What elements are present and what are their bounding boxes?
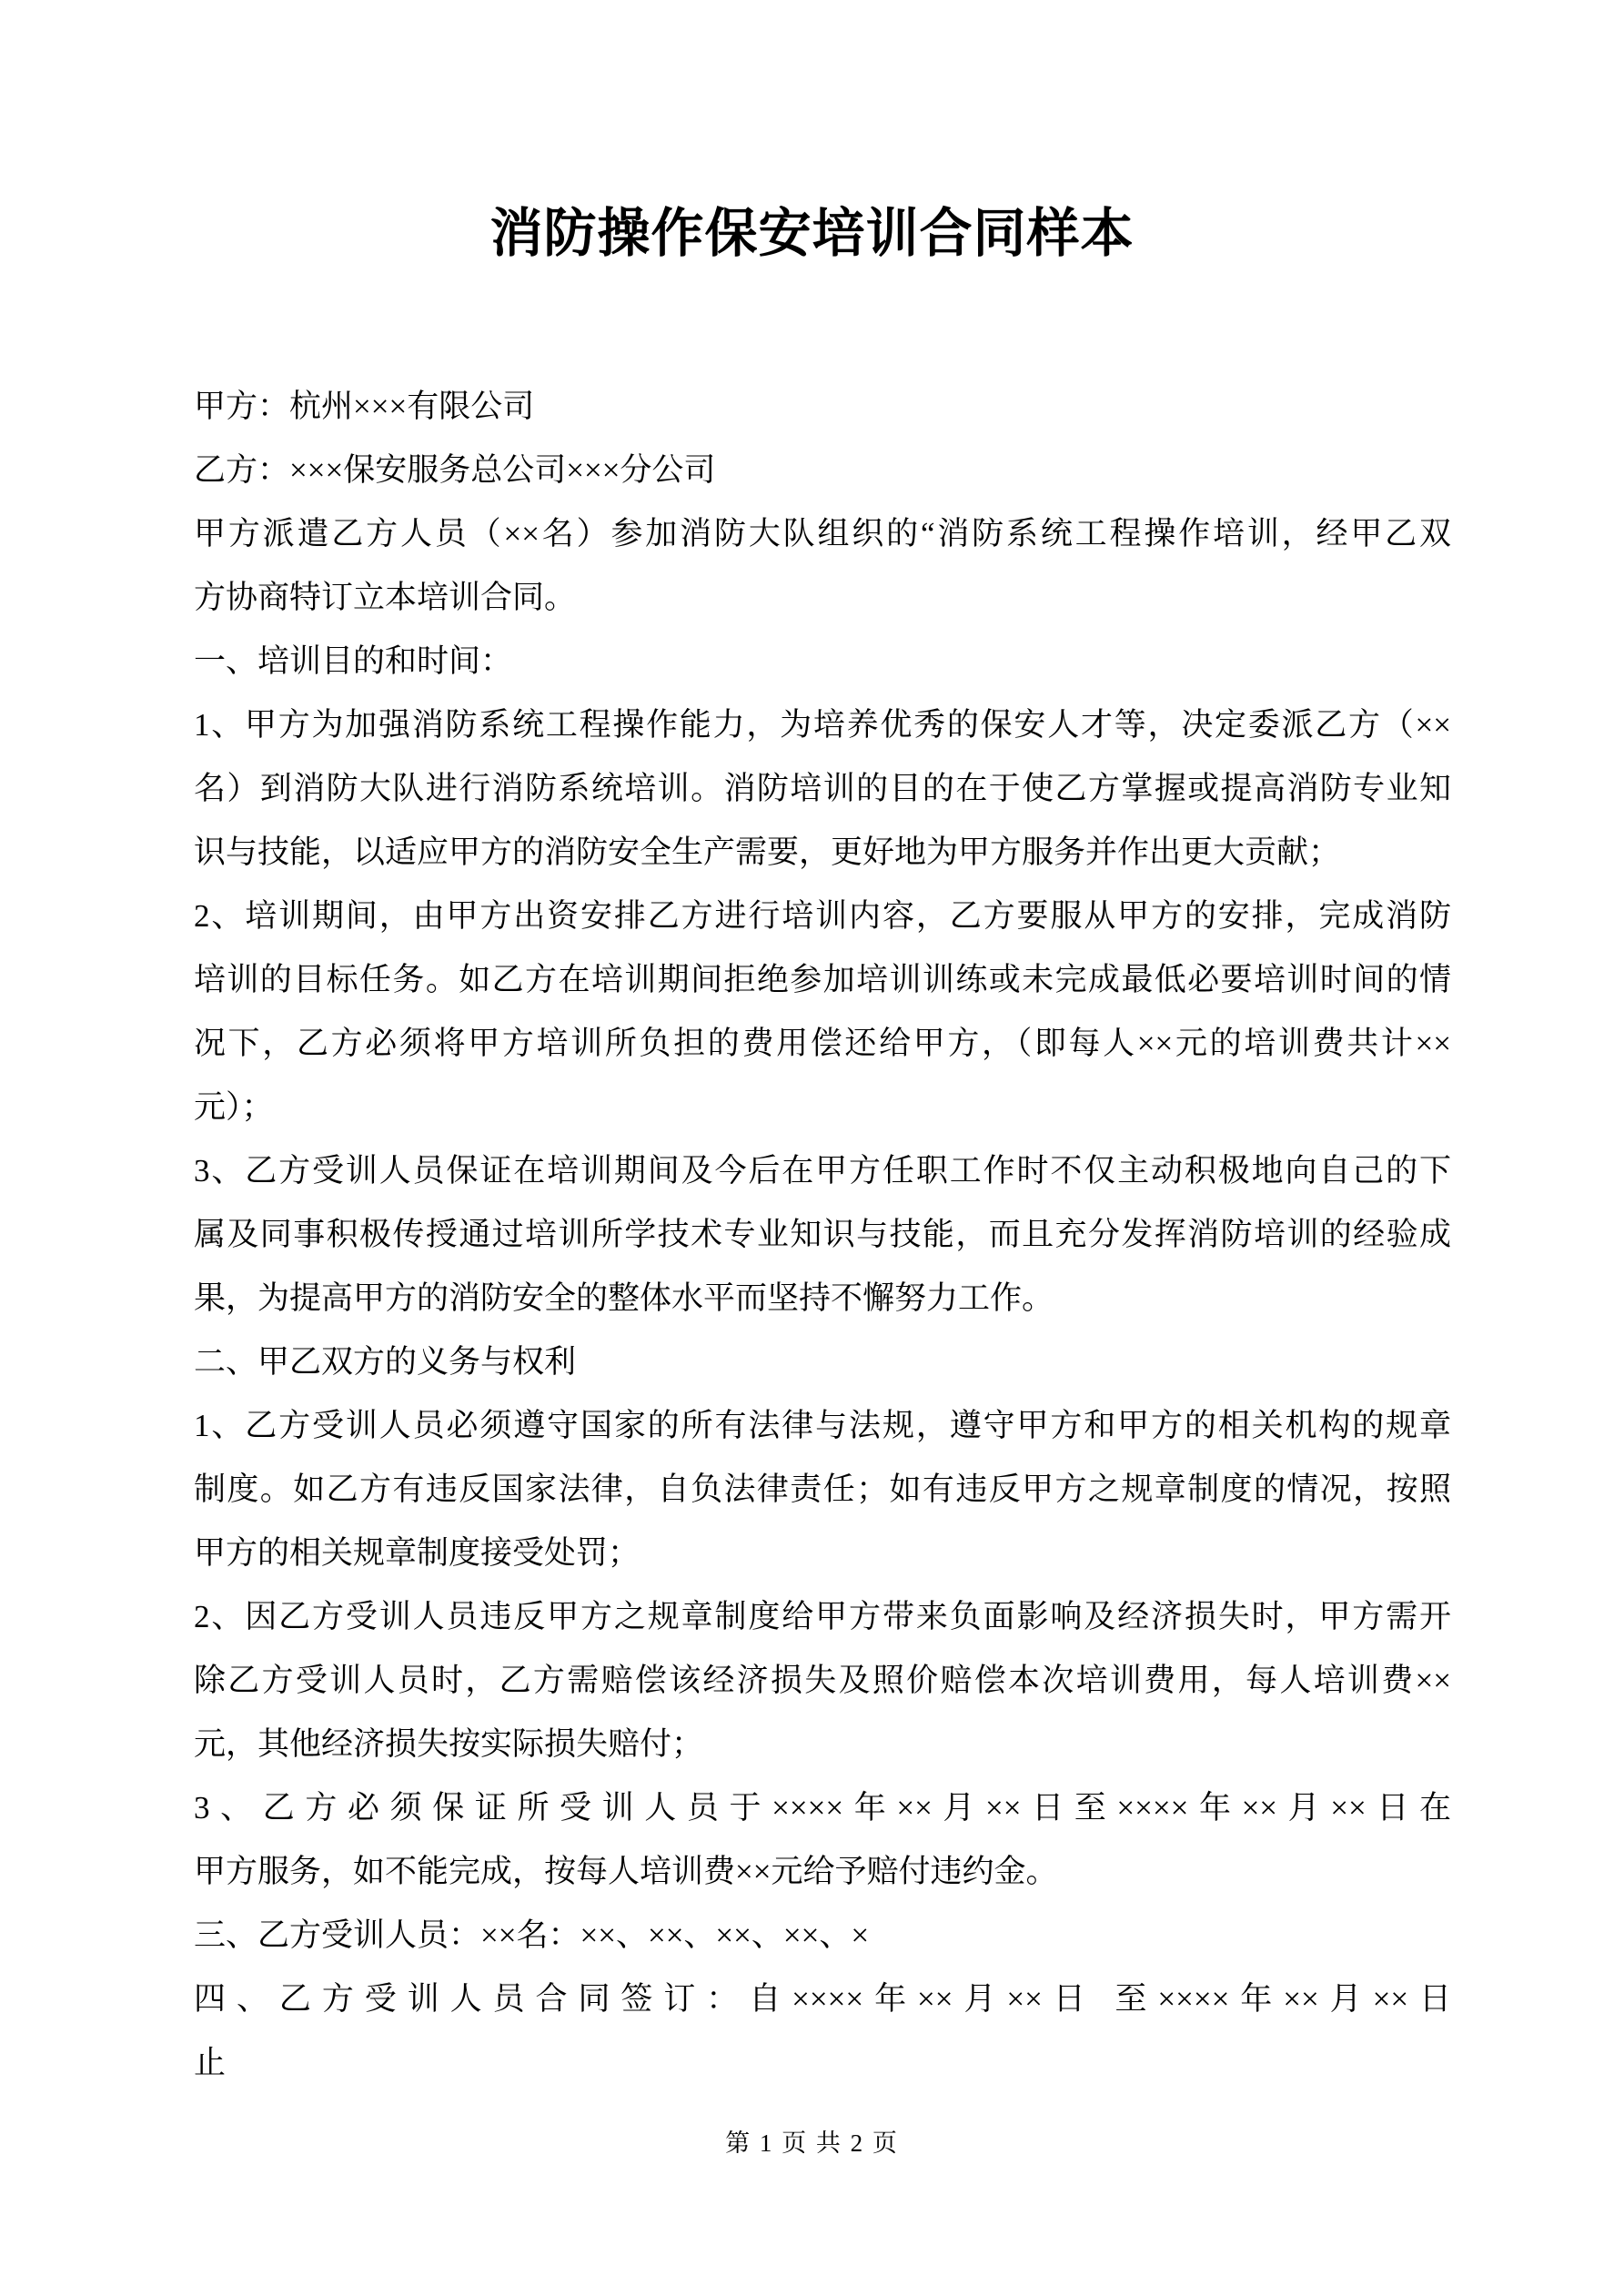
document-line: 元，其他经济损失按实际损失赔付； — [194, 1713, 1451, 1776]
document-line: 识与技能，以适应甲方的消防安全生产需要，更好地为甲方服务并作出更大贡献； — [194, 821, 1451, 885]
document-line: 三、乙方受训人员：××名：××、××、××、××、× — [194, 1904, 1451, 1967]
document-title: 消防操作保安培训合同样本 — [0, 198, 1624, 269]
document-line: 况下，乙方必须将甲方培训所负担的费用偿还给甲方，（即每人××元的培训费共计×× — [194, 1012, 1451, 1076]
document-line: 甲方服务，如不能完成，按每人培训费××元给予赔付违约金。 — [194, 1840, 1451, 1904]
document-line: 除乙方受训人员时，乙方需赔偿该经济损失及照价赔偿本次培训费用，每人培训费×× — [194, 1649, 1451, 1713]
document-line: 四、乙方受训人员合同签订：自××××年××月××日 至××××年××月××日 — [194, 1967, 1451, 2031]
document-line: 二、甲乙双方的义务与权利 — [194, 1330, 1451, 1394]
document-line: 3、乙方必须保证所受训人员于××××年××月××日至××××年××月××日在 — [194, 1776, 1451, 1840]
document-line: 3、乙方受训人员保证在培训期间及今后在甲方任职工作时不仅主动积极地向自己的下 — [194, 1139, 1451, 1203]
document-line: 名）到消防大队进行消防系统培训。消防培训的目的在于使乙方掌握或提高消防专业知 — [194, 757, 1451, 821]
document-line: 培训的目标任务。如乙方在培训期间拒绝参加培训训练或未完成最低必要培训时间的情 — [194, 948, 1451, 1012]
document-line: 方协商特订立本培训合同。 — [194, 566, 1451, 630]
document-line: 制度。如乙方有违反国家法律，自负法律责任；如有违反甲方之规章制度的情况，按照 — [194, 1458, 1451, 1522]
document-line: 2、培训期间，由甲方出资安排乙方进行培训内容，乙方要服从甲方的安排，完成消防 — [194, 885, 1451, 948]
page-number-footer: 第 1 页 共 2 页 — [0, 2122, 1624, 2164]
document-body: 甲方：杭州×××有限公司乙方：×××保安服务总公司×××分公司甲方派遣乙方人员（… — [194, 375, 1451, 2095]
document-line: 2、因乙方受训人员违反甲方之规章制度给甲方带来负面影响及经济损失时，甲方需开 — [194, 1585, 1451, 1649]
document-line: 甲方：杭州×××有限公司 — [194, 375, 1451, 439]
document-line: 1、甲方为加强消防系统工程操作能力，为培养优秀的保安人才等，决定委派乙方（×× — [194, 693, 1451, 757]
document-line: 乙方：×××保安服务总公司×××分公司 — [194, 439, 1451, 502]
document-page: 消防操作保安培训合同样本 甲方：杭州×××有限公司乙方：×××保安服务总公司××… — [0, 0, 1624, 2296]
document-line: 止 — [194, 2031, 1451, 2095]
document-line: 甲方派遣乙方人员（××名）参加消防大队组织的“消防系统工程操作培训，经甲乙双 — [194, 502, 1451, 566]
document-line: 甲方的相关规章制度接受处罚； — [194, 1522, 1451, 1585]
document-line: 1、乙方受训人员必须遵守国家的所有法律与法规，遵守甲方和甲方的相关机构的规章 — [194, 1394, 1451, 1458]
document-line: 元）； — [194, 1076, 1451, 1139]
document-line: 一、培训目的和时间： — [194, 630, 1451, 693]
document-line: 属及同事积极传授通过培训所学技术专业知识与技能，而且充分发挥消防培训的经验成 — [194, 1203, 1451, 1267]
document-line: 果，为提高甲方的消防安全的整体水平而坚持不懈努力工作。 — [194, 1267, 1451, 1330]
